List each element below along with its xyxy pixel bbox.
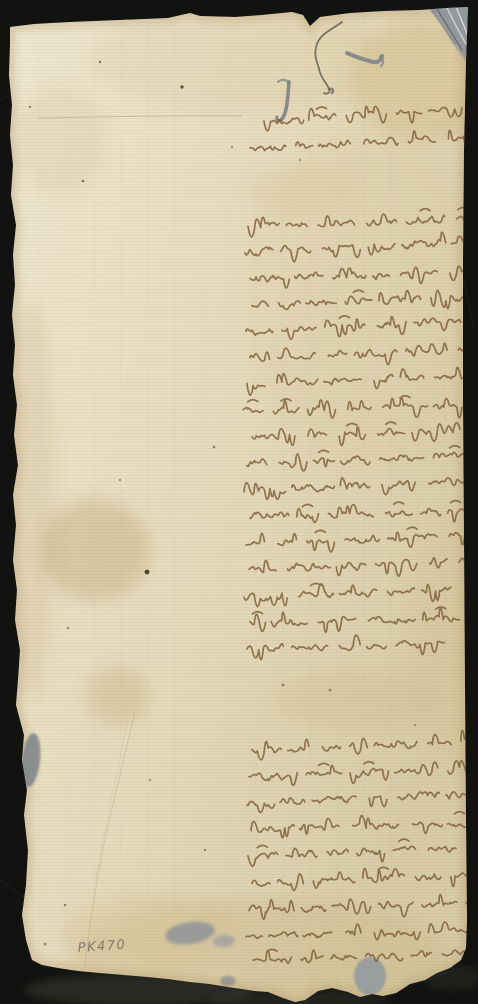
stain bbox=[90, 10, 390, 110]
speck bbox=[119, 479, 121, 481]
stain bbox=[15, 85, 105, 195]
speck bbox=[299, 159, 301, 161]
grey-patch bbox=[220, 976, 236, 986]
stain bbox=[40, 500, 150, 600]
speck bbox=[204, 849, 206, 851]
speck bbox=[67, 627, 69, 629]
speck bbox=[231, 146, 233, 148]
speck bbox=[145, 570, 150, 575]
stain bbox=[270, 670, 430, 730]
grey-patch bbox=[354, 957, 386, 995]
stain bbox=[240, 165, 360, 215]
speck bbox=[29, 106, 31, 108]
speck bbox=[414, 724, 416, 726]
stain bbox=[86, 666, 150, 726]
speck bbox=[64, 904, 67, 907]
speck bbox=[213, 446, 216, 449]
speck bbox=[329, 689, 332, 692]
speck bbox=[44, 943, 47, 946]
speck bbox=[82, 180, 85, 183]
speck bbox=[282, 684, 285, 687]
speck bbox=[99, 61, 101, 63]
paper-surface: PK470 bbox=[0, 0, 478, 1004]
speck bbox=[180, 85, 183, 88]
photo-backdrop: PK470 bbox=[0, 0, 478, 1004]
speck bbox=[149, 779, 151, 781]
manuscript-photo: PK470 bbox=[0, 0, 478, 1004]
